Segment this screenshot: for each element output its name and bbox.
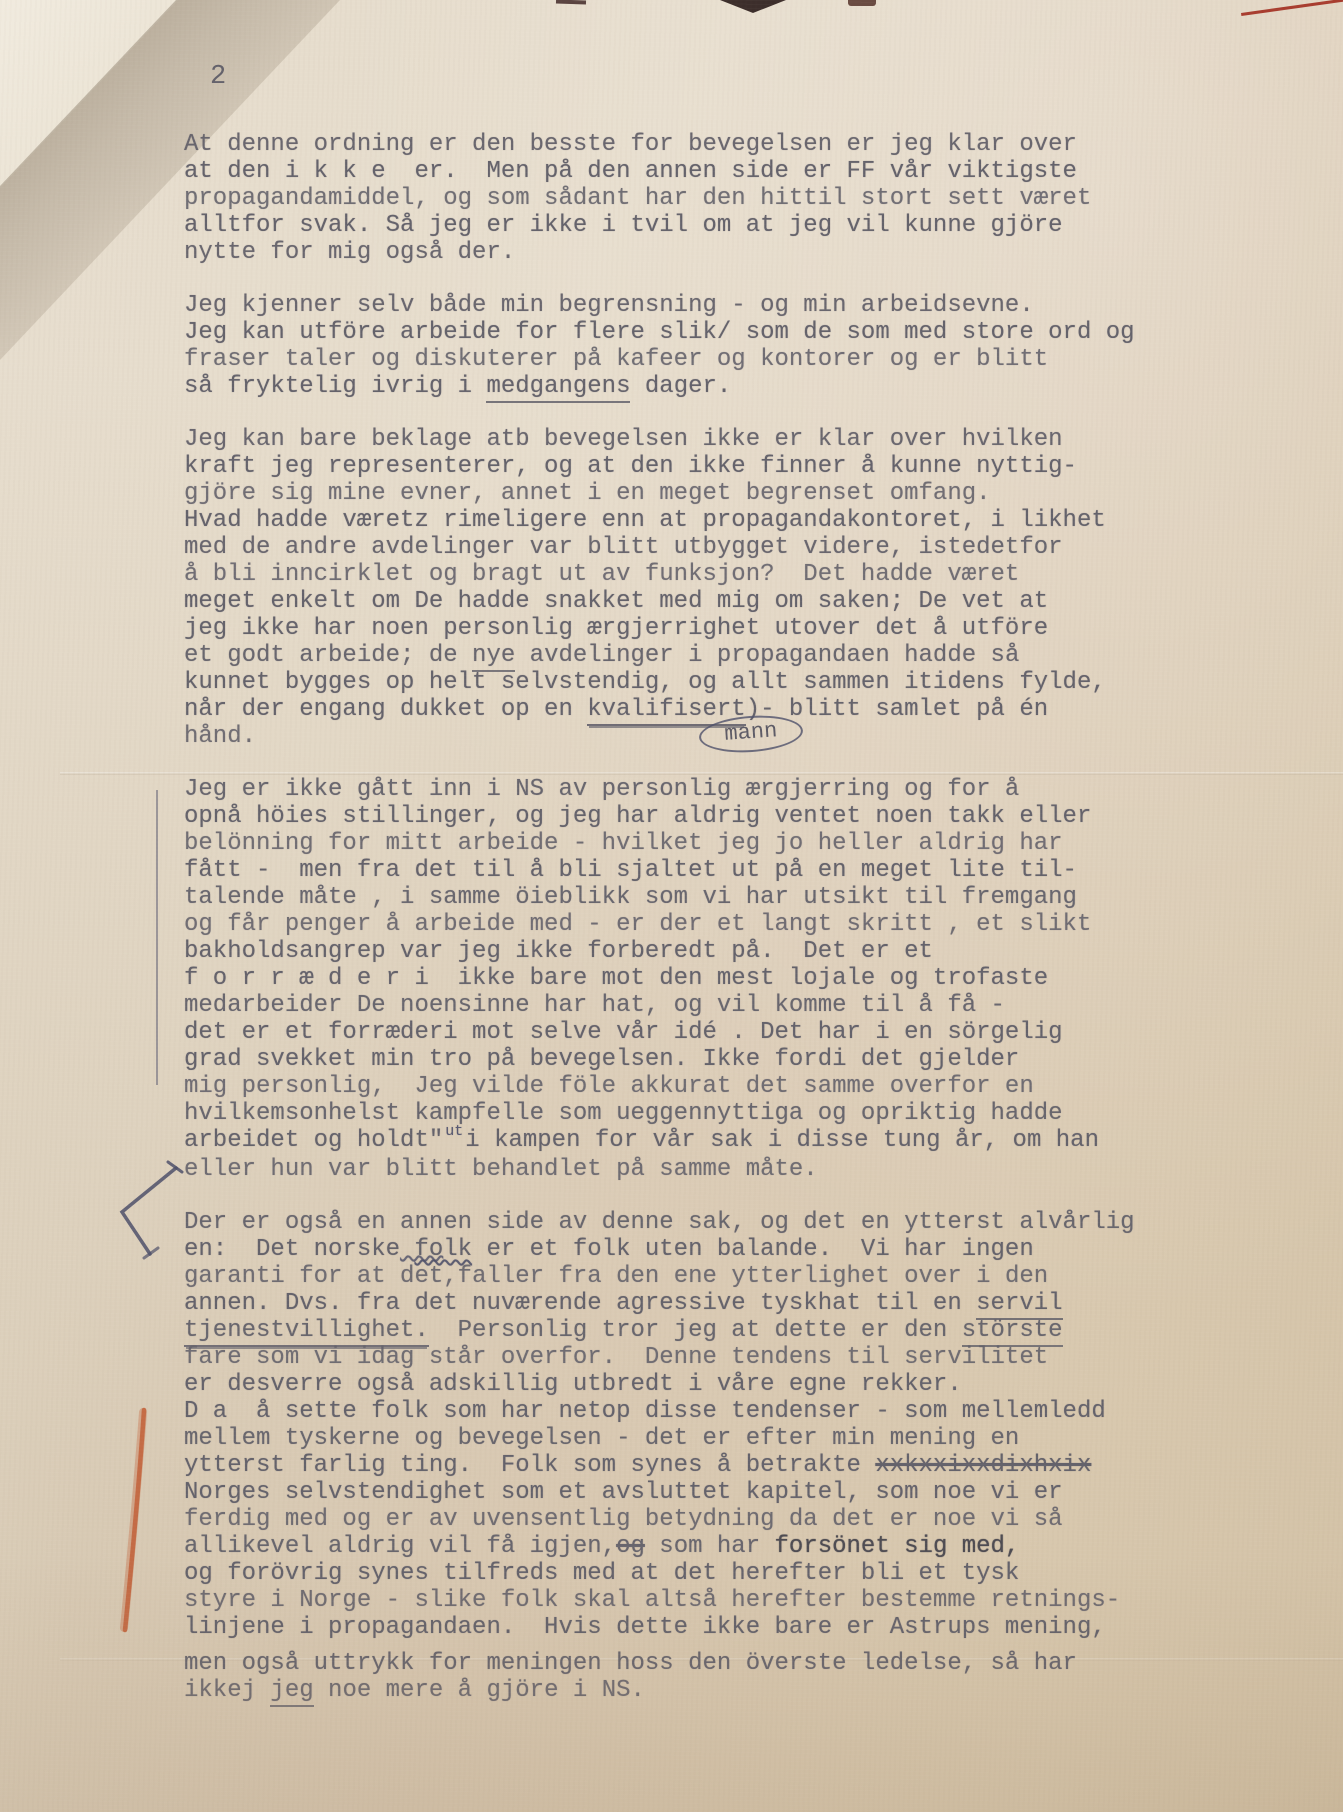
text-line: fått - men fra det til å bli sjaltet ut … — [184, 857, 1194, 884]
text-line: grad svekket min tro på bevegelsen. Ikke… — [184, 1046, 1194, 1073]
page-number: 2 — [210, 62, 226, 92]
text-line: fraser taler og diskuterer på kafeer og … — [184, 346, 1194, 373]
text-line: men også uttrykk for meningen hoss den ö… — [184, 1650, 1194, 1677]
text-line: mig personlig, Jeg vilde föle akkurat de… — [184, 1073, 1194, 1100]
page: 2 At denne ordning er den besste for bev… — [0, 0, 1343, 1812]
text-line: fare som vi idag står overfor. Denne ten… — [184, 1344, 1194, 1371]
margin-red-line — [110, 1400, 170, 1640]
top-edge-mark — [556, 0, 586, 5]
text-line: hvilkemsonhelst kampfelle som ueggennytt… — [184, 1100, 1194, 1127]
text-line: så fryktelig ivrig i medgangens dager. — [184, 373, 1194, 400]
text-line: belönning for mitt arbeide - hvilket jeg… — [184, 830, 1194, 857]
text-line: en: Det norske folk er et folk uten bala… — [184, 1236, 1194, 1263]
text-line: jeg ikke har noen personlig ærgjerrighet… — [184, 615, 1194, 642]
text-line: D a å sette folk som har netop disse ten… — [184, 1398, 1194, 1425]
text-line: Jeg kjenner selv både min begrensning - … — [184, 292, 1194, 319]
text-line: bakholdsangrep var jeg ikke forberedt på… — [184, 938, 1194, 965]
text-line: propagandamiddel, og som sådant har den … — [184, 185, 1194, 212]
text-line: Jeg er ikke gått inn i NS av personlig æ… — [184, 776, 1194, 803]
text-line: når der engang dukket op en kvalifisert)… — [184, 696, 1194, 723]
text-line: ferdig med og er av uvensentlig betydnin… — [184, 1506, 1194, 1533]
text-line: med de andre avdelinger var blitt utbygg… — [184, 534, 1194, 561]
text-line: alltfor svak. Så jeg er ikke i tvil om a… — [184, 212, 1194, 239]
text-line: At denne ordning er den besste for beveg… — [184, 131, 1194, 158]
text-line: og forövrig synes tilfreds med at det he… — [184, 1560, 1194, 1587]
text-line: talende måte , i samme öieblikk som vi h… — [184, 884, 1194, 911]
text-line: tjenestvillighet. Personlig tror jeg at … — [184, 1317, 1194, 1344]
paragraph: Jeg kan bare beklage atb bevegelsen ikke… — [184, 426, 1194, 750]
text-line: styre i Norge - slike folk skal altså he… — [184, 1587, 1194, 1614]
paragraph: Jeg er ikke gått inn i NS av personlig æ… — [184, 776, 1194, 1183]
text-line: ikkej jeg noe mere å gjöre i NS. — [184, 1677, 1194, 1704]
text-line: hånd. — [184, 723, 1194, 750]
text-line: medarbeider De noensinne har hat, og vil… — [184, 992, 1194, 1019]
text-line: mellem tyskerne og bevegelsen - det er e… — [184, 1425, 1194, 1452]
paragraph: Der er også en annen side av denne sak, … — [184, 1209, 1194, 1704]
margin-check-mark — [98, 1148, 208, 1278]
text-line: arbeidet og holdt"uti kampen for vår sak… — [184, 1127, 1194, 1156]
text-line: nytte for mig også der. — [184, 239, 1194, 266]
text-line: gjöre sig mine evner, annet i en meget b… — [184, 480, 1194, 507]
text-line: linjene i propagandaen. Hvis dette ikke … — [184, 1614, 1194, 1641]
text-line: å bli inncirklet og bragt ut av funksjon… — [184, 561, 1194, 588]
paragraph: At denne ordning er den besste for beveg… — [184, 131, 1194, 266]
text-line: et godt arbeide; de nye avdelinger i pro… — [184, 642, 1194, 669]
text-line: annen. Dvs. fra det nuværende agressive … — [184, 1290, 1194, 1317]
text-line: allikevel aldrig vil få igjen,og som har… — [184, 1533, 1194, 1560]
text-line: det er et forræderi mot selve vår idé . … — [184, 1019, 1194, 1046]
text-line: eller hun var blitt behandlet på samme m… — [184, 1156, 1194, 1183]
top-edge-mark — [848, 0, 876, 6]
text-line: Norges selvstendighet som et avsluttet k… — [184, 1479, 1194, 1506]
text-line: ytterst farlig ting. Folk som synes å be… — [184, 1452, 1194, 1479]
text-line: Hvad hadde væretz rimeligere enn at prop… — [184, 507, 1194, 534]
text-line: er desverre også adskillig utbredt i vår… — [184, 1371, 1194, 1398]
text-line: garanti for at det,faller fra den ene yt… — [184, 1263, 1194, 1290]
folder-corner — [0, 0, 200, 210]
document-text: At denne ordning er den besste for beveg… — [184, 131, 1194, 1730]
text-line: meget enkelt om De hadde snakket med mig… — [184, 588, 1194, 615]
top-edge-mark — [720, 0, 786, 13]
paragraph: Jeg kjenner selv både min begrensning - … — [184, 292, 1194, 400]
text-line: Jeg kan utföre arbeide for flere slik/ s… — [184, 319, 1194, 346]
text-line: opnå höies stillinger, og jeg har aldrig… — [184, 803, 1194, 830]
text-line: f o r r æ d e r i ikke bare mot den mest… — [184, 965, 1194, 992]
text-line: Der er også en annen side av denne sak, … — [184, 1209, 1194, 1236]
text-line: Jeg kan bare beklage atb bevegelsen ikke… — [184, 426, 1194, 453]
text-line: at den i k k e er. Men på den annen side… — [184, 158, 1194, 185]
text-line: kunnet bygges op helt selvstendig, og al… — [184, 669, 1194, 696]
text-line: og får penger å arbeide med - er der et … — [184, 911, 1194, 938]
top-edge-red-mark — [1241, 0, 1343, 16]
margin-pencil-line — [156, 790, 158, 1085]
text-line: kraft jeg representerer, og at den ikke … — [184, 453, 1194, 480]
